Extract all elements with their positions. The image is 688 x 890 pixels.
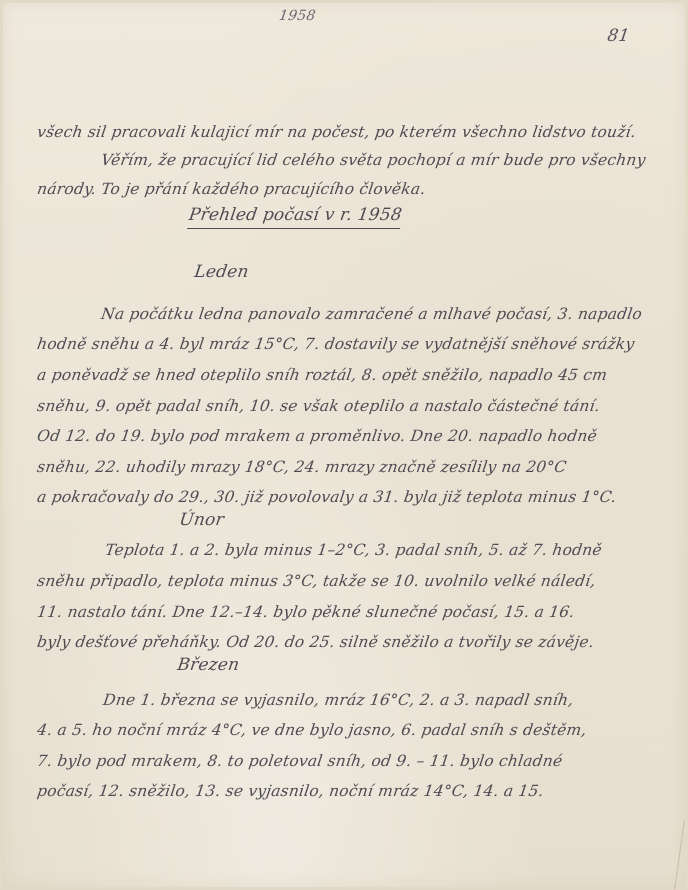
paragraph-line: Od 12. do 19. bylo pod mrakem a proměnli…	[36, 427, 598, 445]
intro-line: národy. To je přání každého pracujícího …	[36, 180, 427, 198]
paragraph-line: 4. a 5. ho noční mráz 4°C, ve dne bylo j…	[36, 721, 588, 739]
page-year: 1958	[278, 8, 317, 24]
paragraph-line: a poněvadž se hned oteplilo sníh roztál,…	[36, 366, 608, 384]
paragraph-line: a pokračovaly do 29., 30. již povolovaly…	[36, 488, 618, 506]
paragraph-line: byly dešťové přeháňky. Od 20. do 25. sil…	[36, 633, 595, 651]
page-number: 81	[606, 26, 631, 46]
month-heading-unor: Únor	[178, 510, 225, 530]
paragraph-line: sněhu, 9. opět padal sníh, 10. se však o…	[36, 397, 601, 415]
paragraph-line: hodně sněhu a 4. byl mráz 15°C, 7. dosta…	[36, 335, 636, 353]
paragraph-line: sněhu, 22. uhodily mrazy 18°C, 24. mrazy…	[36, 458, 568, 476]
page-edge-fold	[674, 820, 685, 889]
paragraph-line: sněhu připadlo, teplota minus 3°C, takže…	[36, 572, 597, 590]
paragraph-line: 7. bylo pod mrakem, 8. to poletoval sníh…	[36, 752, 564, 770]
paragraph-line: Dne 1. března se vyjasnilo, mráz 16°C, 2…	[102, 691, 575, 709]
month-heading-leden: Leden	[193, 262, 250, 282]
paragraph-line: 11. nastalo tání. Dne 12.–14. bylo pěkné…	[36, 603, 576, 621]
paragraph-line: Na počátku ledna panovalo zamračené a ml…	[100, 305, 643, 323]
month-heading-brezen: Březen	[176, 655, 241, 675]
paragraph-line: počasí, 12. sněžilo, 13. se vyjasnilo, n…	[36, 782, 545, 800]
section-title: Přehled počasí v r. 1958	[187, 205, 403, 229]
chronicle-page: 1958 81 všech sil pracovali kulajicí mír…	[0, 0, 688, 890]
paragraph-line: Teplota 1. a 2. byla minus 1–2°C, 3. pad…	[104, 541, 603, 559]
intro-line: všech sil pracovali kulajicí mír na poče…	[36, 123, 637, 141]
intro-line: Věřím, že pracující lid celého světa poc…	[100, 151, 647, 169]
